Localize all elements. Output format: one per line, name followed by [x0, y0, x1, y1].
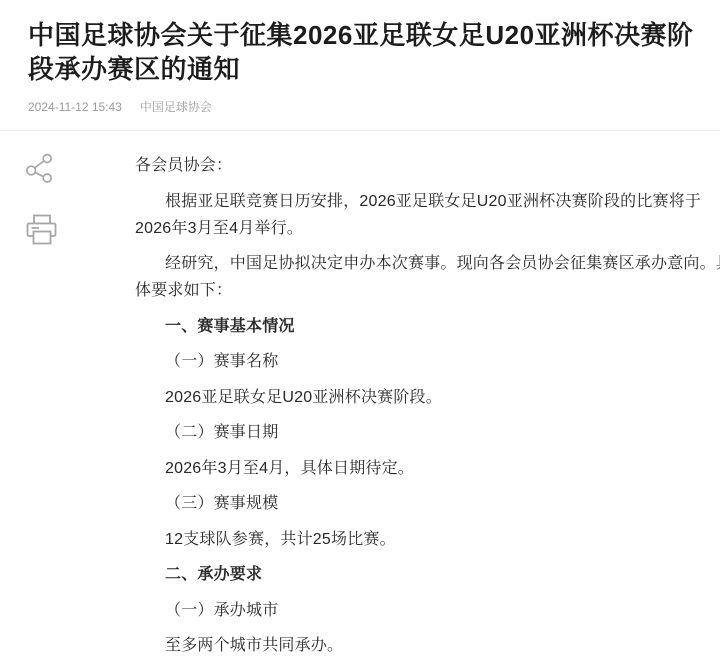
printer-icon	[26, 214, 57, 247]
paragraph-line: 体要求如下：	[135, 277, 720, 304]
page-title-line: 段承办赛区的通知	[28, 52, 696, 86]
paragraph-line: 根据亚足联竞赛日历安排，2026亚足联女足U20亚洲杯决赛阶段的比赛将于	[135, 188, 720, 215]
item-label-text: （三）赛事规模	[135, 490, 720, 517]
section-heading: 二、承办要求	[135, 561, 720, 588]
item-value-text: 2026年3月至4月，具体日期待定。	[135, 455, 720, 482]
item-label: （三）赛事规模	[135, 490, 720, 517]
paragraph: 各会员协会：	[135, 152, 720, 179]
paragraph: 根据亚足联竞赛日历安排，2026亚足联女足U20亚洲杯决赛阶段的比赛将于 202…	[135, 188, 720, 242]
paragraph-line: 经研究，中国足协拟决定申办本次赛事。现向各会员协会征集赛区承办意向。具	[135, 250, 720, 277]
share-nodes-icon	[26, 153, 53, 183]
item-label-text: （一）承办城市	[135, 597, 720, 624]
item-value-text: 至多两个城市共同承办。	[135, 632, 720, 659]
item-label: （一）承办城市	[135, 597, 720, 624]
paragraph: 经研究，中国足协拟决定申办本次赛事。现向各会员协会征集赛区承办意向。具 体要求如…	[135, 250, 720, 304]
item-label-text: （二）赛事日期	[135, 419, 720, 446]
item-value: 至多两个城市共同承办。	[135, 632, 720, 659]
item-label-text: （一）赛事名称	[135, 348, 720, 375]
page-title-line: 中国足球协会关于征集2026亚足联女足U20亚洲杯决赛阶	[28, 18, 696, 52]
publish-datetime: 2024-11-12 15:43	[28, 100, 122, 114]
paragraph-line: 2026年3月至4月举行。	[135, 215, 720, 242]
item-value: 2026年3月至4月，具体日期待定。	[135, 455, 720, 482]
section-heading: 一、赛事基本情况	[135, 313, 720, 340]
salutation: 各会员协会：	[135, 152, 720, 179]
article-meta: 2024-11-12 15:43中国足球协会	[28, 99, 212, 115]
print-button[interactable]	[26, 214, 57, 247]
divider	[0, 130, 720, 131]
item-label: （二）赛事日期	[135, 419, 720, 446]
page-title: 中国足球协会关于征集2026亚足联女足U20亚洲杯决赛阶 段承办赛区的通知	[28, 18, 696, 86]
article-page: 中国足球协会关于征集2026亚足联女足U20亚洲杯决赛阶 段承办赛区的通知 20…	[0, 0, 720, 662]
section-heading-text: 二、承办要求	[135, 561, 720, 588]
item-value: 2026亚足联女足U20亚洲杯决赛阶段。	[135, 384, 720, 411]
share-button[interactable]	[26, 153, 53, 183]
source-name: 中国足球协会	[140, 100, 212, 114]
item-value-text: 2026亚足联女足U20亚洲杯决赛阶段。	[135, 384, 720, 411]
article-body: 各会员协会： 根据亚足联竞赛日历安排，2026亚足联女足U20亚洲杯决赛阶段的比…	[135, 152, 720, 662]
item-label: （一）赛事名称	[135, 348, 720, 375]
section-heading-text: 一、赛事基本情况	[135, 313, 720, 340]
item-value: 12支球队参赛，共计25场比赛。	[135, 526, 720, 553]
item-value-text: 12支球队参赛，共计25场比赛。	[135, 526, 720, 553]
